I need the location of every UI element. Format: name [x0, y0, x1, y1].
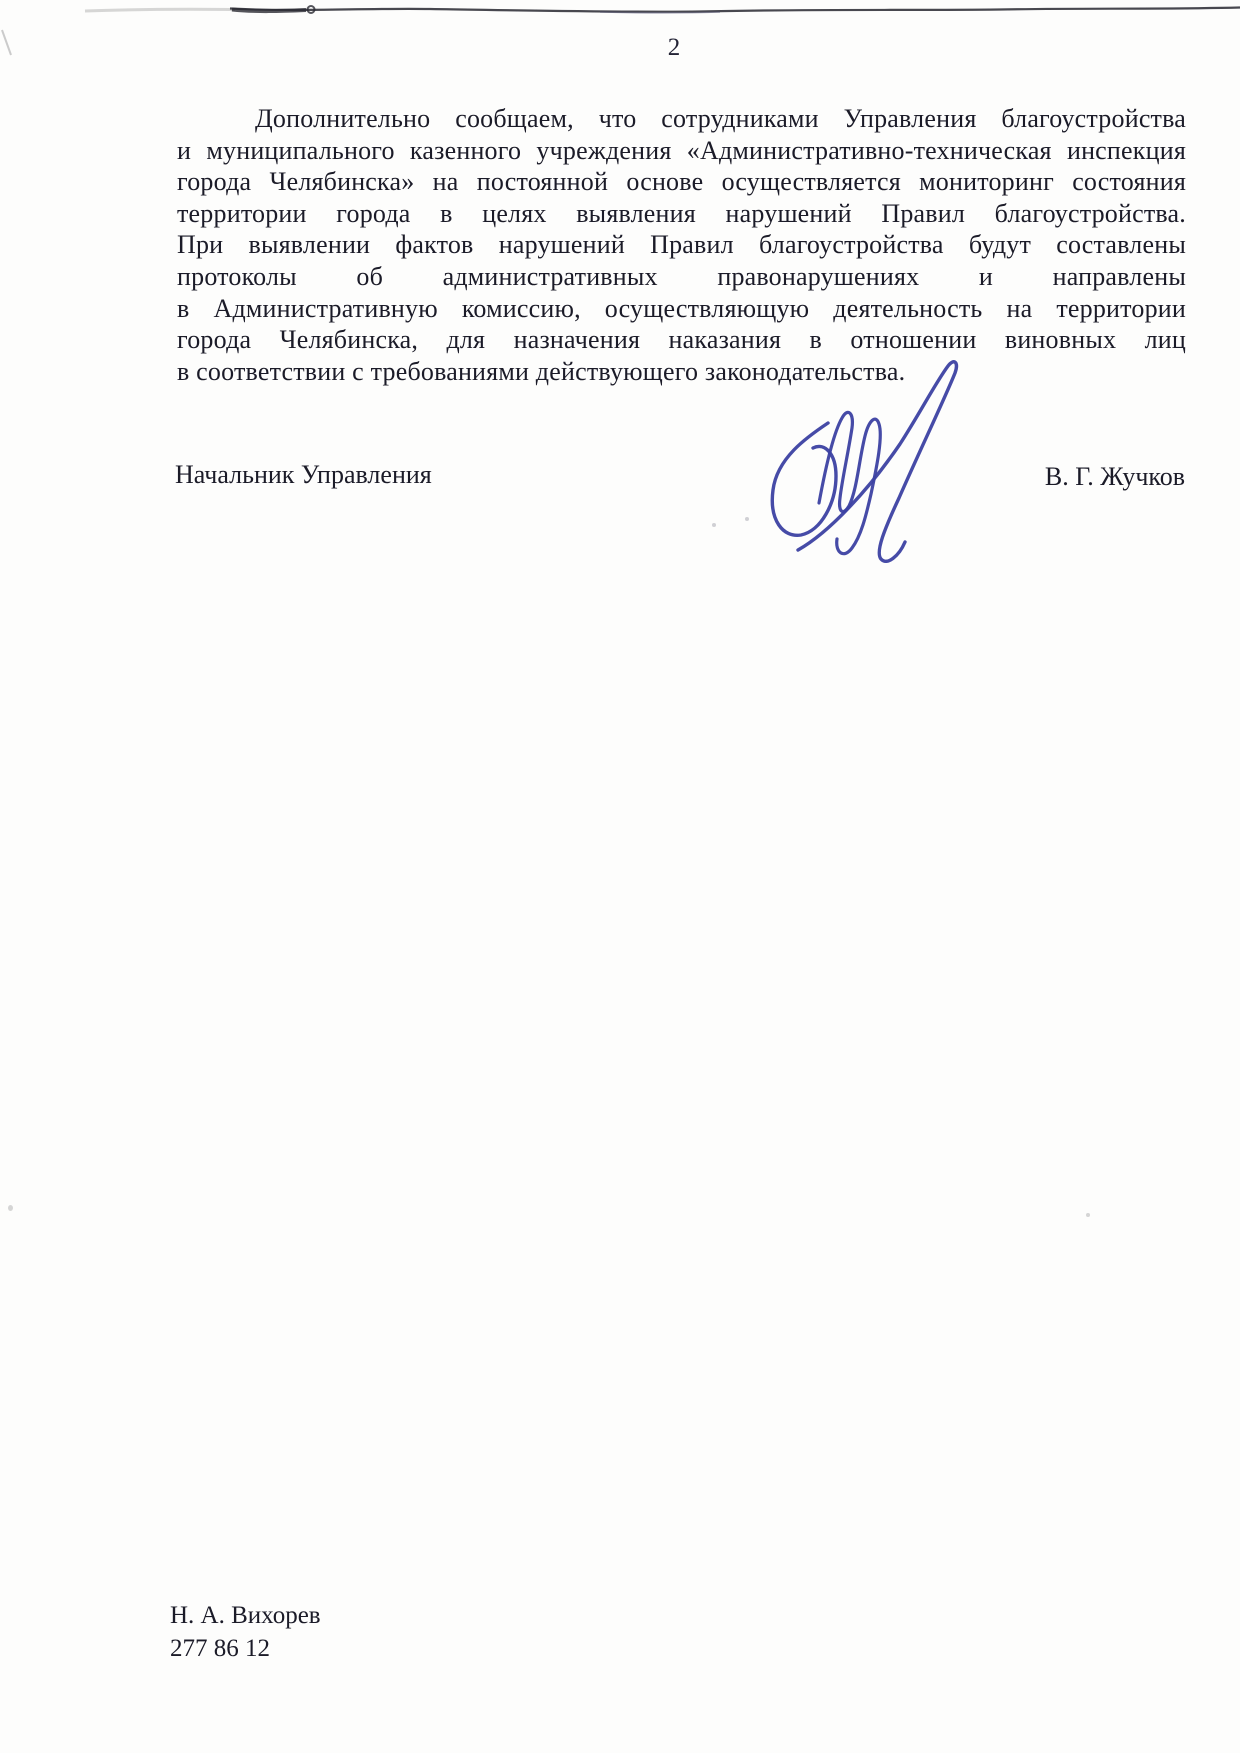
paragraph-line: протоколы об административных правонаруш… [177, 261, 1186, 293]
body-paragraph: Дополнительно сообщаем, что сотрудниками… [177, 103, 1186, 387]
signer-name: В. Г. Жучков [1045, 462, 1185, 492]
scan-speck [712, 523, 716, 527]
paragraph-line: города Челябинска, для назначения наказа… [177, 324, 1186, 356]
paragraph-line: города Челябинска» на постоянной основе … [177, 166, 1186, 198]
page-number: 2 [0, 34, 1240, 62]
scan-speck [8, 1205, 13, 1211]
paragraph-line: и муниципального казенного учреждения «А… [177, 135, 1186, 167]
paragraph-line: территории города в целях выявления нару… [177, 198, 1186, 230]
position-title: Начальник Управления [175, 460, 432, 490]
scan-speck [745, 517, 749, 521]
executor-block: Н. А. Вихорев 277 86 12 [170, 1599, 321, 1665]
executor-name: Н. А. Вихорев [170, 1599, 321, 1632]
scanned-letter-page: 2 Дополнительно сообщаем, что сотрудника… [0, 0, 1240, 1753]
paragraph-line: в Административную комиссию, осуществляю… [177, 293, 1186, 325]
scan-speck [1086, 1213, 1090, 1217]
paragraph-line: Дополнительно сообщаем, что сотрудниками… [177, 103, 1186, 135]
paragraph-line: в соответствии с требованиями действующе… [177, 356, 1186, 388]
paragraph-line: При выявлении фактов нарушений Правил бл… [177, 229, 1186, 261]
executor-phone: 277 86 12 [170, 1632, 321, 1665]
